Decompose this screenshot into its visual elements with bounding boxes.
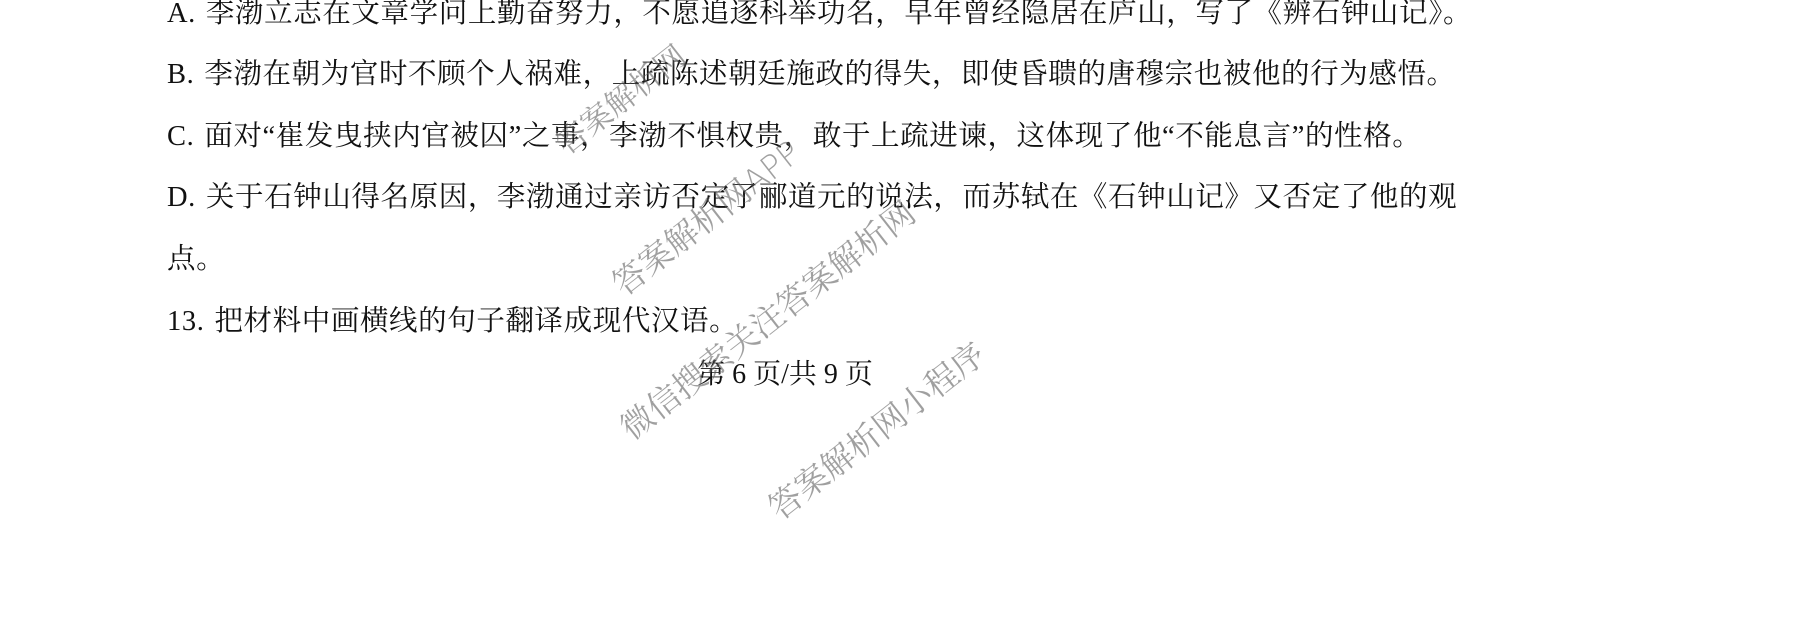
question-13: 13.把材料中画横线的句子翻译成现代汉语。 (167, 305, 738, 339)
option-a: A.李渤立志在文章学问上勤奋努力，不愿追逐科举功名，早年曾经隐居在庐山，写了《辨… (167, 0, 1472, 31)
option-d-text: 关于石钟山得名原因，李渤通过亲访否定了郦道元的说法，而苏轼在《石钟山记》又否定了… (206, 182, 1457, 213)
option-c: C.面对“崔发曳挟内官被囚”之事，李渤不惧权贵，敢于上疏进谏，这体现了他“不能息… (167, 120, 1421, 154)
option-d: D.关于石钟山得名原因，李渤通过亲访否定了郦道元的说法，而苏轼在《石钟山记》又否… (167, 181, 1457, 215)
option-b: B.李渤在朝为官时不顾个人祸难，上疏陈述朝廷施政的得失，即使昏聩的唐穆宗也被他的… (167, 58, 1456, 92)
page-footer: 第 6 页/共 9 页 (0, 358, 1570, 392)
option-c-text: 面对“崔发曳挟内官被囚”之事，李渤不惧权贵，敢于上疏进谏，这体现了他“不能息言”… (204, 121, 1421, 152)
question-number: 13. (167, 306, 204, 337)
document-page: A.李渤立志在文章学问上勤奋努力，不愿追逐科举功名，早年曾经隐居在庐山，写了《辨… (0, 0, 1819, 643)
option-c-label: C. (167, 121, 194, 152)
watermark-2: 答案解析网APP (601, 128, 809, 305)
option-b-label: B. (167, 59, 194, 90)
option-a-text: 李渤立志在文章学问上勤奋努力，不愿追逐科举功名，早年曾经隐居在庐山，写了《辨石钟… (206, 0, 1472, 29)
option-d-label: D. (167, 182, 196, 213)
option-a-label: A. (167, 0, 196, 29)
option-d-continuation: 点。 (167, 243, 225, 277)
question-text: 把材料中画横线的句子翻译成现代汉语。 (214, 306, 738, 337)
option-b-text: 李渤在朝为官时不顾个人祸难，上疏陈述朝廷施政的得失，即使昏聩的唐穆宗也被他的行为… (204, 59, 1455, 90)
